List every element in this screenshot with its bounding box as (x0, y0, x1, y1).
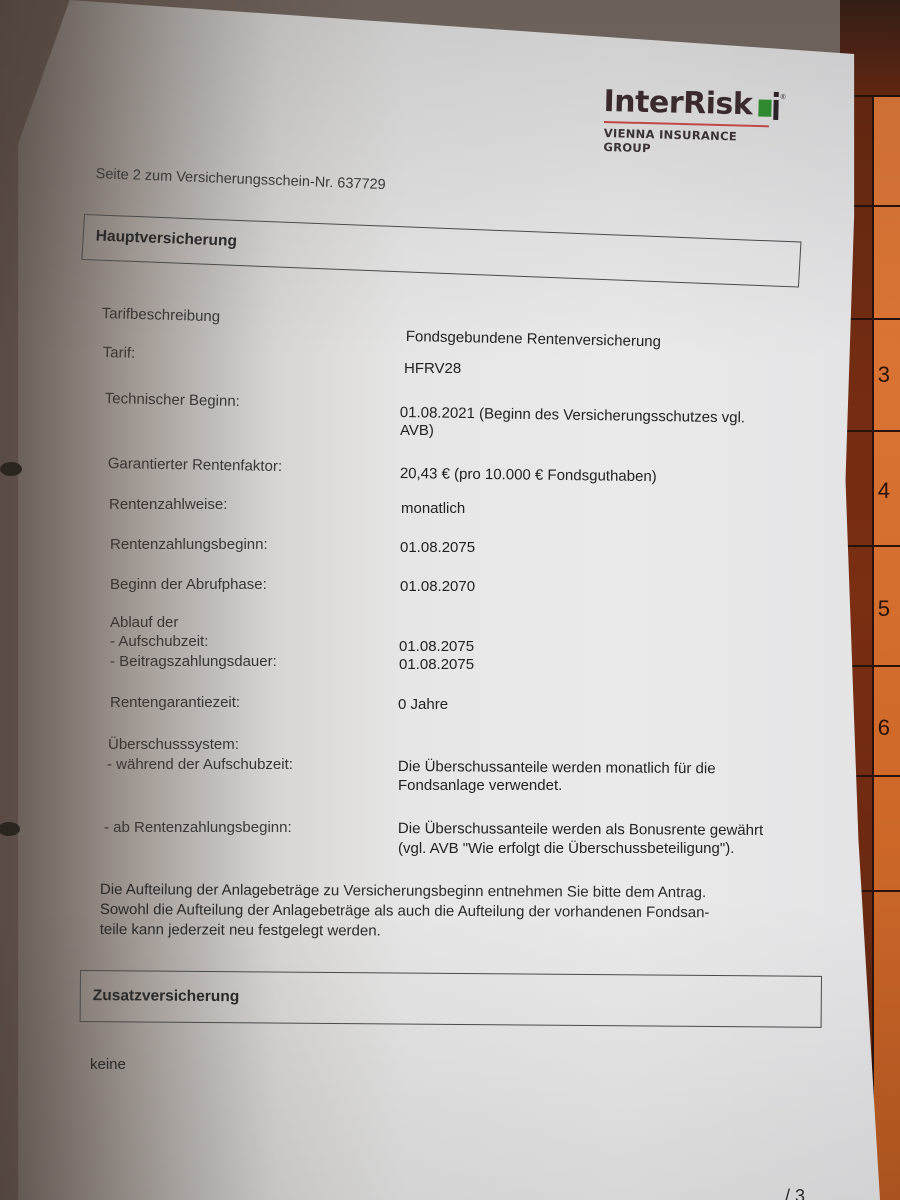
section-header-zusatzversicherung: Zusatzversicherung (80, 970, 822, 1028)
section-title: Hauptversicherung (95, 227, 237, 250)
field-label-rentengarantiezeit: Rentengarantiezeit: (110, 693, 240, 712)
field-value-rentenfaktor: 20,43 € (pro 10.000 € Fondsguthaben) (400, 464, 657, 486)
field-value-technischer-beginn-line2: AVB) (400, 421, 434, 440)
field-label-technischer-beginn: Technischer Beginn: (105, 389, 240, 411)
field-value-technischer-beginn-line1: 01.08.2021 (Beginn des Versicherungsschu… (400, 403, 745, 427)
section-header-hauptversicherung: Hauptversicherung (81, 214, 801, 287)
zusatzversicherung-content: keine (90, 1056, 126, 1073)
logo-subtitle: VIENNA INSURANCE GROUP (603, 126, 779, 159)
field-value-waehrend-aufschubzeit-line2: Fondsanlage verwendet. (398, 776, 562, 795)
allocation-note: Die Aufteilung der Anlagebeträge zu Vers… (100, 880, 820, 944)
field-value-rentengarantiezeit: 0 Jahre (398, 695, 448, 714)
field-label-waehrend-aufschubzeit: - während der Aufschubzeit: (107, 755, 293, 774)
page-reference: Seite 2 zum Versicherungsschein-Nr. 6377… (95, 166, 386, 193)
field-value-tarif: HFRV28 (404, 359, 461, 378)
logo-i-icon: ® (758, 89, 789, 122)
field-value-ab-rentenzahlungsbeginn-line2: (vgl. AVB "Wie erfolgt die Überschussbet… (398, 839, 734, 858)
field-value-abrufphase: 01.08.2070 (400, 577, 475, 596)
ablauf-heading: Ablauf der (110, 613, 178, 632)
field-value-rentenzahlweise: monatlich (401, 499, 465, 518)
field-value-tarifbeschreibung: Fondsgebundene Rentenversicherung (406, 327, 662, 351)
field-label-rentenzahlungsbeginn: Rentenzahlungsbeginn: (110, 535, 268, 554)
field-value-aufschubzeit: 01.08.2075 (399, 637, 474, 656)
field-label-abrufphase: Beginn der Abrufphase: (110, 575, 267, 594)
field-label-tarifbeschreibung: Tarifbeschreibung (101, 304, 220, 326)
ueberschuss-heading: Überschusssystem: (108, 735, 239, 754)
field-label-rentenfaktor: Garantierter Rentenfaktor: (108, 454, 283, 476)
field-label-ab-rentenzahlungsbeginn: - ab Rentenzahlungsbeginn: (104, 818, 292, 837)
logo-wordmark: InterRisk (603, 84, 752, 122)
document-content: InterRisk® VIENNA INSURANCE GROUP Seite … (0, 0, 900, 1200)
note-line: teile kann jederzeit neu festgelegt werd… (100, 920, 820, 944)
field-value-ab-rentenzahlungsbeginn-line1: Die Überschussanteile werden als Bonusre… (398, 819, 763, 840)
interrisk-logo: InterRisk® VIENNA INSURANCE GROUP (604, 84, 779, 154)
page-number: / 3 (785, 1186, 805, 1200)
field-label-beitragszahlungsdauer: - Beitragszahlungsdauer: (110, 652, 277, 671)
field-value-beitragszahlungsdauer: 01.08.2075 (399, 655, 474, 674)
section-title: Zusatzversicherung (93, 987, 240, 1006)
field-label-aufschubzeit: - Aufschubzeit: (110, 632, 208, 651)
field-label-rentenzahlweise: Rentenzahlweise: (109, 495, 227, 514)
field-label-tarif: Tarif: (103, 343, 136, 363)
field-value-rentenzahlungsbeginn: 01.08.2075 (400, 538, 475, 557)
